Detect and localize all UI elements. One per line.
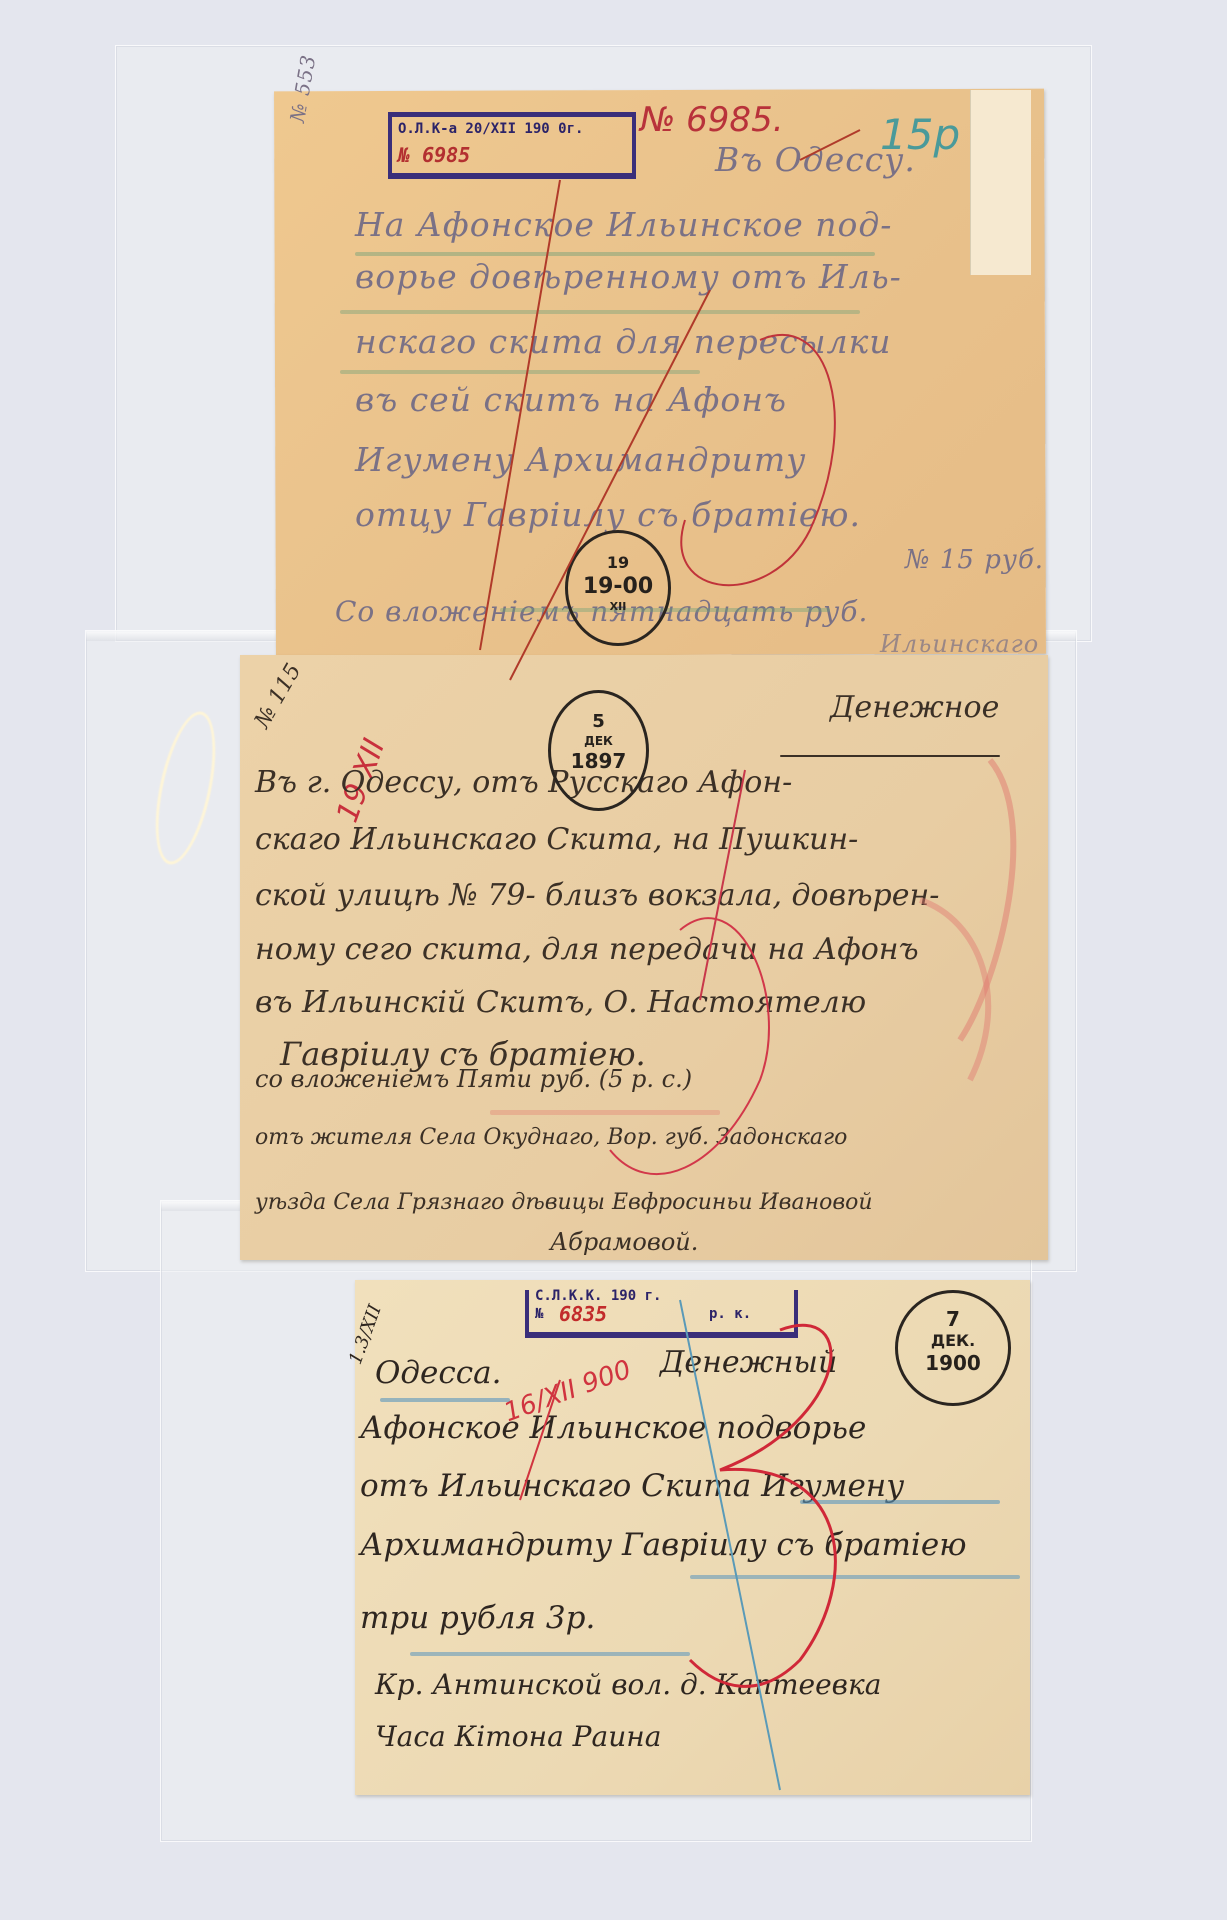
annotation-marks: [0, 0, 1227, 1920]
